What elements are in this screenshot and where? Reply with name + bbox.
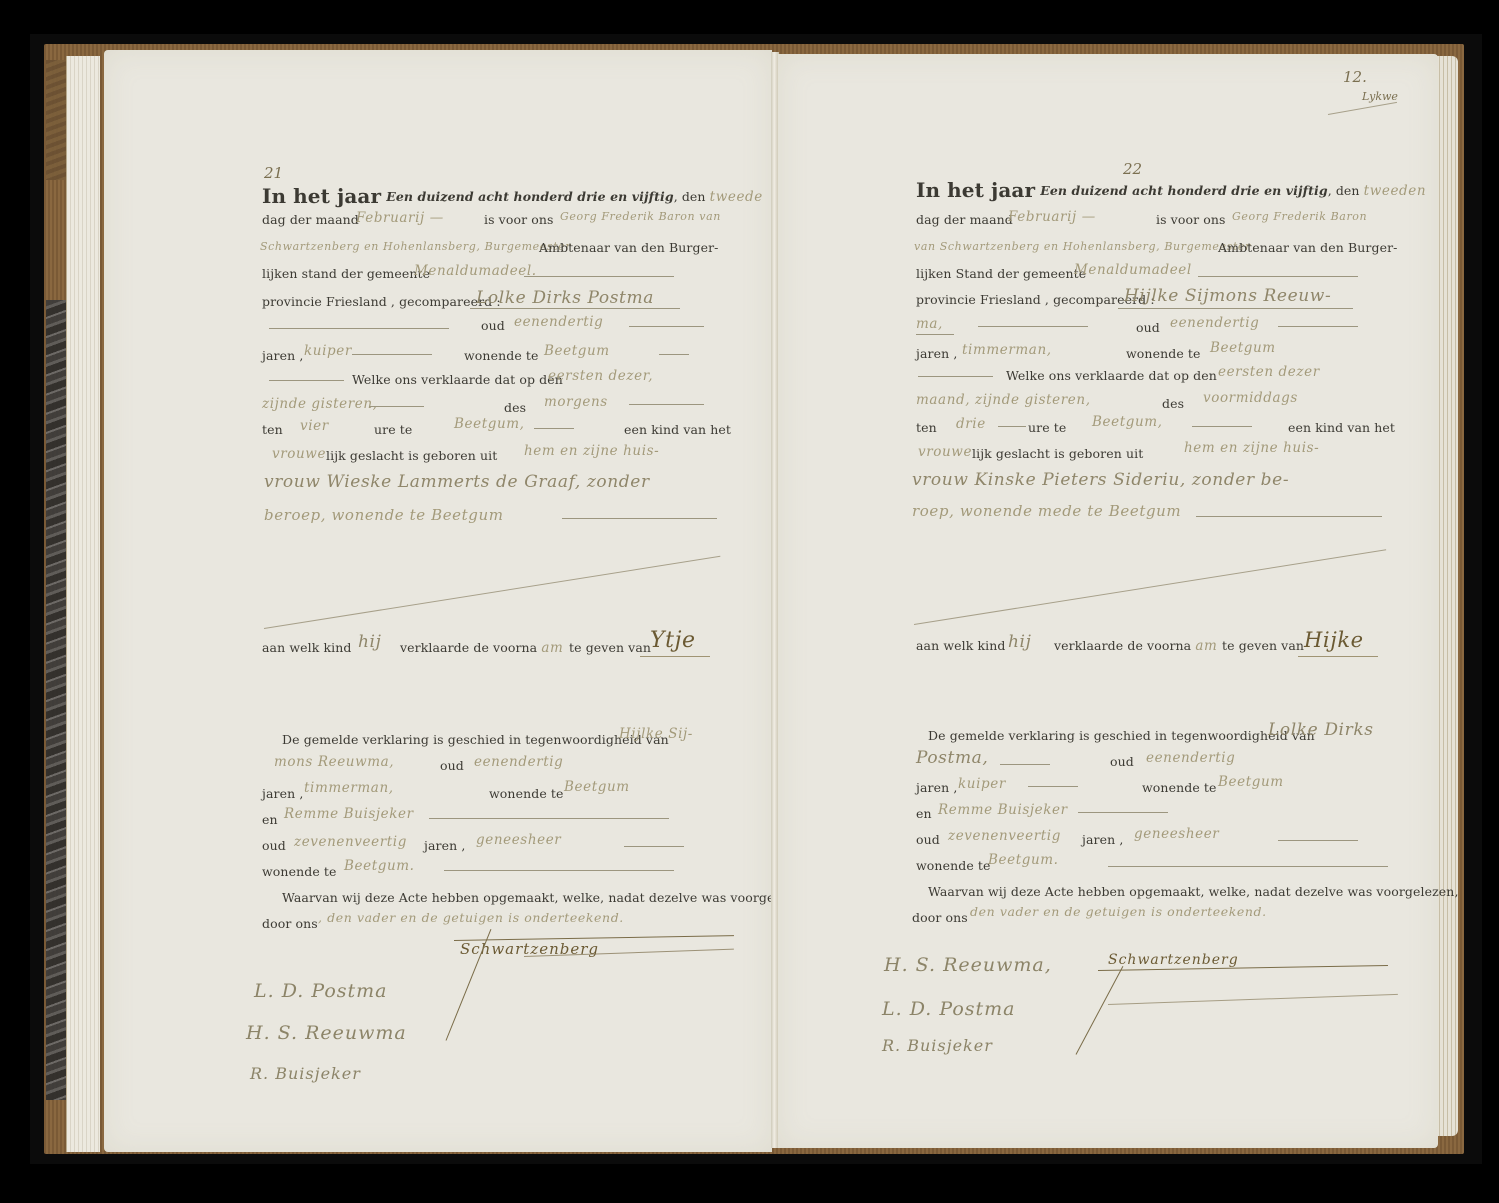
official-field-2: van Schwartzenberg en Hohenlansberg, Bur… (914, 240, 1251, 253)
folio-number: 12. (1343, 68, 1367, 86)
mother-field: vrouw Kinske Pieters Sideriu, zonder be- (912, 470, 1289, 490)
door-ons-label: door ons (262, 916, 318, 931)
birth-date-field: eersten dezer (1218, 364, 1320, 380)
municipality-field: Menaldumadeel (1074, 262, 1192, 278)
strike-line (914, 549, 1386, 625)
wonende-label: wonende te (1142, 780, 1217, 795)
left-page: 21 In het jaar Een duizend acht honderd … (104, 50, 772, 1152)
fill-rule (629, 404, 704, 405)
gemeente-label: lijken Stand der gemeente (916, 266, 1086, 281)
sex-field: vrouwe (918, 444, 972, 460)
residence-field: Beetgum (1210, 340, 1276, 356)
naming-label: aan welk kind (916, 638, 1006, 653)
gecompareerd-text: provincie Friesland , gecompareerd : (916, 292, 1155, 307)
jaren-label: jaren , (1082, 832, 1123, 847)
record-number: 22 (1123, 160, 1142, 178)
fill-rule (269, 328, 449, 329)
witness1-residence-field: Beetgum (1218, 774, 1284, 790)
signature-flourish (1076, 966, 1124, 1055)
birthplace-field: Beetgum, (1092, 414, 1163, 430)
printed-year: Een duizend acht honderd drie en vijftig (1040, 183, 1327, 198)
des-text: des (1162, 396, 1184, 411)
gemeente-label: lijken stand der gemeente (262, 266, 430, 281)
signature-3: R. Buisjeker (882, 1036, 993, 1055)
child-name-field: Ytje (650, 628, 696, 653)
wonende-label: wonende te (1126, 346, 1201, 361)
ten-text: ten (916, 420, 937, 435)
page-edges-right (1436, 56, 1458, 1136)
month-line: dag der maand (916, 212, 1013, 227)
time-of-day-field: morgens (544, 394, 608, 410)
witness-intro-text: De gemelde verklaring is geschied in teg… (282, 732, 669, 747)
fill-rule (269, 380, 344, 381)
aan-welk-kind-text: aan welk kind (916, 638, 1006, 653)
voornaam-label: verklaarde de voorna am (1054, 638, 1217, 654)
door-ons-text: door ons (262, 916, 318, 931)
wonende-text: wonende te (489, 786, 564, 801)
hour-field: vier (300, 418, 329, 434)
witness1-name-field: Hijlke Sij- (619, 726, 693, 742)
ten-label: ten (262, 422, 283, 437)
gecompareerd-text: provincie Friesland , gecompareerd : (262, 294, 501, 309)
voornaam-suffix: am (1195, 638, 1217, 654)
wonende-text: wonende te (1142, 780, 1217, 795)
signature-1: L. D. Postma (254, 980, 388, 1002)
voornaam-suffix: am (541, 640, 563, 656)
door-ons-label: door ons (912, 910, 968, 925)
fill-rule (1196, 516, 1382, 517)
jaren-text: jaren , (1082, 832, 1123, 847)
witness1-residence-field: Beetgum (564, 779, 630, 795)
fill-rule (640, 656, 710, 657)
oud-label: oud (916, 832, 940, 847)
signature-1: H. S. Reeuwma, (884, 954, 1052, 976)
declarant-pronoun-field: hij (1008, 632, 1031, 652)
fill-rule (1192, 426, 1252, 427)
oud-text: oud (440, 758, 464, 773)
ambtenaar-text: Ambtenaar van den Burger- (1218, 240, 1397, 255)
geslacht-label: lijk geslacht is geboren uit (972, 446, 1143, 461)
witness2-age-field: zevenenveertig (948, 828, 1061, 844)
declarant-pronoun-field: hij (358, 632, 381, 652)
witness2-age-field: zevenenveertig (294, 834, 407, 850)
birth-date-field-2: zijnde gisteren, (262, 396, 378, 412)
ure-text: ure te (374, 422, 412, 437)
parents-field: hem en zijne huis- (524, 443, 659, 459)
intro-text: In het jaar (262, 184, 381, 208)
voornaam-text: verklaarde de voorna (1054, 638, 1191, 653)
jaren-label: jaren , (424, 838, 465, 853)
witness1-occupation-field: timmerman, (304, 780, 394, 796)
fill-rule (978, 326, 1088, 327)
fill-rule (524, 276, 674, 277)
fill-rule (624, 846, 684, 847)
ambtenaar-label: Ambtenaar van den Burger- (1218, 240, 1397, 255)
witness2-occupation-field: geneesheer (476, 832, 561, 848)
en-text: en (262, 812, 278, 827)
intro-line: In het jaar Een duizend acht honderd dri… (262, 184, 763, 208)
geslacht-text: lijk geslacht is geboren uit (326, 448, 497, 463)
child-name-field: Hijke (1304, 628, 1364, 652)
record-number: 21 (264, 164, 283, 182)
voor-ons-label: is voor ons (1156, 212, 1226, 227)
fill-rule (429, 818, 669, 819)
witness2-occupation-field: geneesheer (1134, 826, 1219, 842)
month-label: dag der maand (916, 212, 1013, 227)
fill-rule (1078, 812, 1168, 813)
gemeente-text: lijken Stand der gemeente (916, 266, 1086, 281)
time-of-day-field: voormiddags (1203, 390, 1298, 406)
birthplace-field: Beetgum, (454, 416, 525, 432)
fill-rule (629, 326, 704, 327)
jaren-label: jaren , (262, 786, 303, 801)
jaren-text: jaren , (262, 348, 303, 363)
gecompareerd-label: provincie Friesland , gecompareerd : (916, 292, 1155, 307)
fill-rule (1028, 786, 1078, 787)
wonende-text: wonende te (916, 858, 991, 873)
fill-rule (1278, 840, 1358, 841)
occupation-field: timmerman, (962, 342, 1052, 358)
corner-note: Lykwe (1362, 90, 1398, 103)
birth-date-field-2: maand, zijnde gisteren, (916, 392, 1091, 408)
gemeente-text: lijken stand der gemeente (262, 266, 430, 281)
ure-label: ure te (374, 422, 412, 437)
fill-rule (1198, 276, 1358, 277)
geslacht-label: lijk geslacht is geboren uit (326, 448, 497, 463)
ambtenaar-label: Ambtenaar van den Burger- (539, 240, 718, 255)
voornaam-label: verklaarde de voorna am (400, 640, 563, 656)
den-label: , den (674, 189, 706, 204)
fill-rule (534, 428, 574, 429)
fill-rule (1278, 326, 1358, 327)
voor-ons-text: is voor ons (484, 212, 554, 227)
fill-rule (1000, 764, 1050, 765)
wonende-text: wonende te (464, 348, 539, 363)
occupation-field: kuiper (304, 343, 352, 359)
kind-label: een kind van het (624, 422, 731, 437)
te-geven-label: te geven van (569, 640, 651, 655)
te-geven-text: te geven van (569, 640, 651, 655)
des-label: des (1162, 396, 1184, 411)
jaren-label: jaren , (262, 348, 303, 363)
municipality-field: Menaldumadeel. (414, 263, 537, 279)
closing-line: Waarvan wij deze Acte hebben opgemaakt, … (282, 890, 813, 905)
fill-rule (659, 354, 689, 355)
ure-label: ure te (1028, 420, 1066, 435)
signature-2: H. S. Reeuwma (246, 1022, 407, 1044)
geslacht-text: lijk geslacht is geboren uit (972, 446, 1143, 461)
witness-intro-text: De gemelde verklaring is geschied in teg… (928, 728, 1315, 743)
ure-text: ure te (1028, 420, 1066, 435)
witness1-name-field: Lolke Dirks (1268, 720, 1374, 740)
jaren-label: jaren , (916, 780, 957, 795)
official-field-1: Georg Frederik Baron (1232, 210, 1367, 223)
fill-rule (1118, 308, 1353, 309)
verklaarde-text: Welke ons verklaarde dat op den (352, 372, 563, 387)
wonende-label: wonende te (464, 348, 539, 363)
witness2-residence-field: Beetgum. (988, 852, 1059, 868)
age-field: eenendertig (1170, 315, 1259, 331)
month-field: Februarij — (356, 210, 444, 226)
sex-field: vrouwe (272, 446, 326, 462)
declarant-name-field-2: ma, (916, 316, 943, 332)
fill-rule (918, 376, 993, 377)
month-label: dag der maand (262, 212, 359, 227)
witness2-name-field: Remme Buisjeker (284, 806, 414, 822)
oud-text: oud (262, 838, 286, 853)
printed-year: Een duizend acht honderd drie en vijftig (386, 189, 673, 204)
witness1-name-field-2: mons Reeuwma, (274, 754, 394, 770)
jaren-label: jaren , (916, 346, 957, 361)
voornaam-text: verklaarde de voorna (400, 640, 537, 655)
mother-field-2: beroep, wonende te Beetgum (264, 506, 504, 524)
fill-rule (444, 870, 674, 871)
closing-line: Waarvan wij deze Acte hebben opgemaakt, … (928, 884, 1459, 899)
den-label: , den (1328, 183, 1360, 198)
kind-text: een kind van het (624, 422, 731, 437)
signing-clause-field: , den vader en de getuigen is onderteeke… (318, 910, 624, 925)
signature-2: L. D. Postma (882, 998, 1016, 1020)
corner-underline (1328, 102, 1397, 115)
parents-field: hem en zijne huis- (1184, 440, 1319, 456)
jaren-text: jaren , (916, 346, 957, 361)
day-field: tweede (710, 189, 763, 205)
des-text: des (504, 400, 526, 415)
signing-clause-field: den vader en de getuigen is onderteekend… (970, 904, 1267, 919)
right-page: 12. Lykwe 22 In het jaar Een duizend ach… (778, 54, 1438, 1148)
page-edges-left (66, 56, 100, 1152)
oud-label: oud (1136, 320, 1160, 335)
wonende-label: wonende te (489, 786, 564, 801)
oud-label: oud (481, 318, 505, 333)
kind-text: een kind van het (1288, 420, 1395, 435)
mother-field-2: roep, wonende mede te Beetgum (912, 502, 1181, 520)
declarant-name-field: Hijlke Sijmons Reeuw- (1124, 286, 1331, 306)
ten-label: ten (916, 420, 937, 435)
intro-text: In het jaar (916, 178, 1035, 202)
en-text: en (916, 806, 932, 821)
jaren-text: jaren , (424, 838, 465, 853)
fill-rule (562, 518, 717, 519)
wonende-text: wonende te (1126, 346, 1201, 361)
intro-line: In het jaar Een duizend acht honderd dri… (916, 178, 1426, 202)
naming-label: aan welk kind (262, 640, 352, 655)
oud-text: oud (1110, 754, 1134, 769)
fill-rule (470, 308, 680, 309)
witness-intro: De gemelde verklaring is geschied in teg… (928, 728, 1315, 743)
aan-welk-kind-text: aan welk kind (262, 640, 352, 655)
en-label: en (262, 812, 278, 827)
ambtenaar-text: Ambtenaar van den Burger- (539, 240, 718, 255)
oud-text: oud (481, 318, 505, 333)
strike-line (264, 556, 720, 629)
ten-text: ten (262, 422, 283, 437)
fill-rule (998, 426, 1026, 427)
oud-label: oud (1110, 754, 1134, 769)
oud-label: oud (262, 838, 286, 853)
wonende-text: wonende te (262, 864, 337, 879)
declarant-name-field: Lolke Dirks Postma (476, 288, 654, 308)
verklaarde-label: Welke ons verklaarde dat op den (352, 372, 563, 387)
birth-date-field: eersten dezer, (548, 368, 653, 384)
official-signature: Schwartzenberg (1108, 952, 1239, 968)
jaren-text: jaren , (262, 786, 303, 801)
voor-ons-label: is voor ons (484, 212, 554, 227)
oud-text: oud (1136, 320, 1160, 335)
witness2-residence-field: Beetgum. (344, 858, 415, 874)
day-field: tweeden (1364, 183, 1427, 199)
wonende-label: wonende te (916, 858, 991, 873)
official-field-1: Georg Frederik Baron van (560, 210, 721, 223)
witness1-age-field: eenendertig (1146, 750, 1235, 766)
door-ons-text: door ons (912, 910, 968, 925)
gecompareerd-label: provincie Friesland , gecompareerd : (262, 294, 501, 309)
oud-label: oud (440, 758, 464, 773)
closing-text: Waarvan wij deze Acte hebben opgemaakt, … (928, 884, 1459, 899)
mother-field: vrouw Wieske Lammerts de Graaf, zonder (264, 472, 650, 492)
te-geven-text: te geven van (1222, 638, 1304, 653)
wonende-label: wonende te (262, 864, 337, 879)
official-field-2: Schwartzenberg en Hohenlansberg, Burgeme… (260, 240, 571, 253)
month-field: Februarij — (1008, 209, 1096, 225)
hour-field: drie (956, 416, 986, 432)
signature-flourish (1108, 994, 1398, 1005)
residence-field: Beetgum (544, 343, 610, 359)
kind-label: een kind van het (1288, 420, 1395, 435)
en-label: en (916, 806, 932, 821)
oud-text: oud (916, 832, 940, 847)
verklaarde-text: Welke ons verklaarde dat op den (1006, 368, 1217, 383)
closing-text: Waarvan wij deze Acte hebben opgemaakt, … (282, 890, 813, 905)
jaren-text: jaren , (916, 780, 957, 795)
month-line: dag der maand (262, 212, 359, 227)
fill-rule (1298, 656, 1378, 657)
witness2-name-field: Remme Buisjeker (938, 802, 1068, 818)
verklaarde-label: Welke ons verklaarde dat op den (1006, 368, 1217, 383)
fill-rule (1108, 866, 1388, 867)
signature-3: R. Buisjeker (250, 1064, 361, 1083)
te-geven-label: te geven van (1222, 638, 1304, 653)
age-field: eenendertig (514, 314, 603, 330)
fill-rule (916, 334, 954, 335)
witness1-occupation-field: kuiper (958, 776, 1006, 792)
witness-intro: De gemelde verklaring is geschied in teg… (282, 732, 669, 747)
witness1-name-field-2: Postma, (916, 748, 988, 768)
fill-rule (369, 406, 424, 407)
witness1-age-field: eenendertig (474, 754, 563, 770)
fill-rule (352, 354, 432, 355)
voor-ons-text: is voor ons (1156, 212, 1226, 227)
des-label: des (504, 400, 526, 415)
